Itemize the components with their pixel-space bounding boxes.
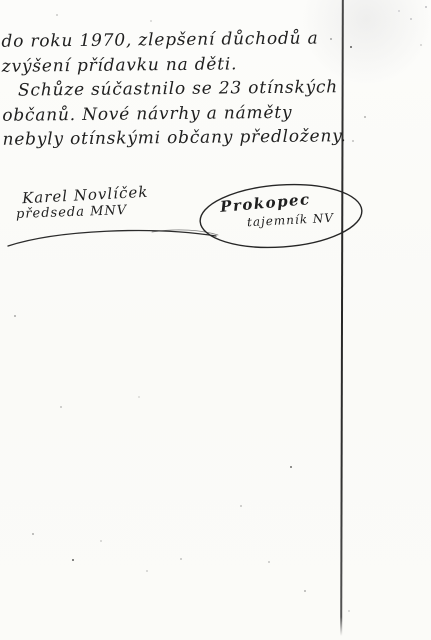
signature-left-title: předseda MNV: [16, 203, 128, 222]
handwritten-line: nebyly otínskými občany předloženy.: [2, 124, 346, 152]
handwritten-line: Schůze súčastnilo se 23 otínských: [2, 75, 346, 103]
handwritten-line: zvýšení přídavku na děti.: [2, 51, 346, 79]
scanned-page: do roku 1970, zlepšení důchodů a zvýšení…: [0, 0, 431, 640]
signature-underline-flourish: [2, 224, 224, 256]
scan-noise-specks: [0, 0, 2, 2]
handwritten-line: do roku 1970, zlepšení důchodů a: [1, 26, 345, 54]
handwritten-line: občanů. Nové návrhy a náměty: [2, 100, 346, 128]
handwritten-paragraphs: do roku 1970, zlepšení důchodů a zvýšení…: [1, 26, 346, 152]
